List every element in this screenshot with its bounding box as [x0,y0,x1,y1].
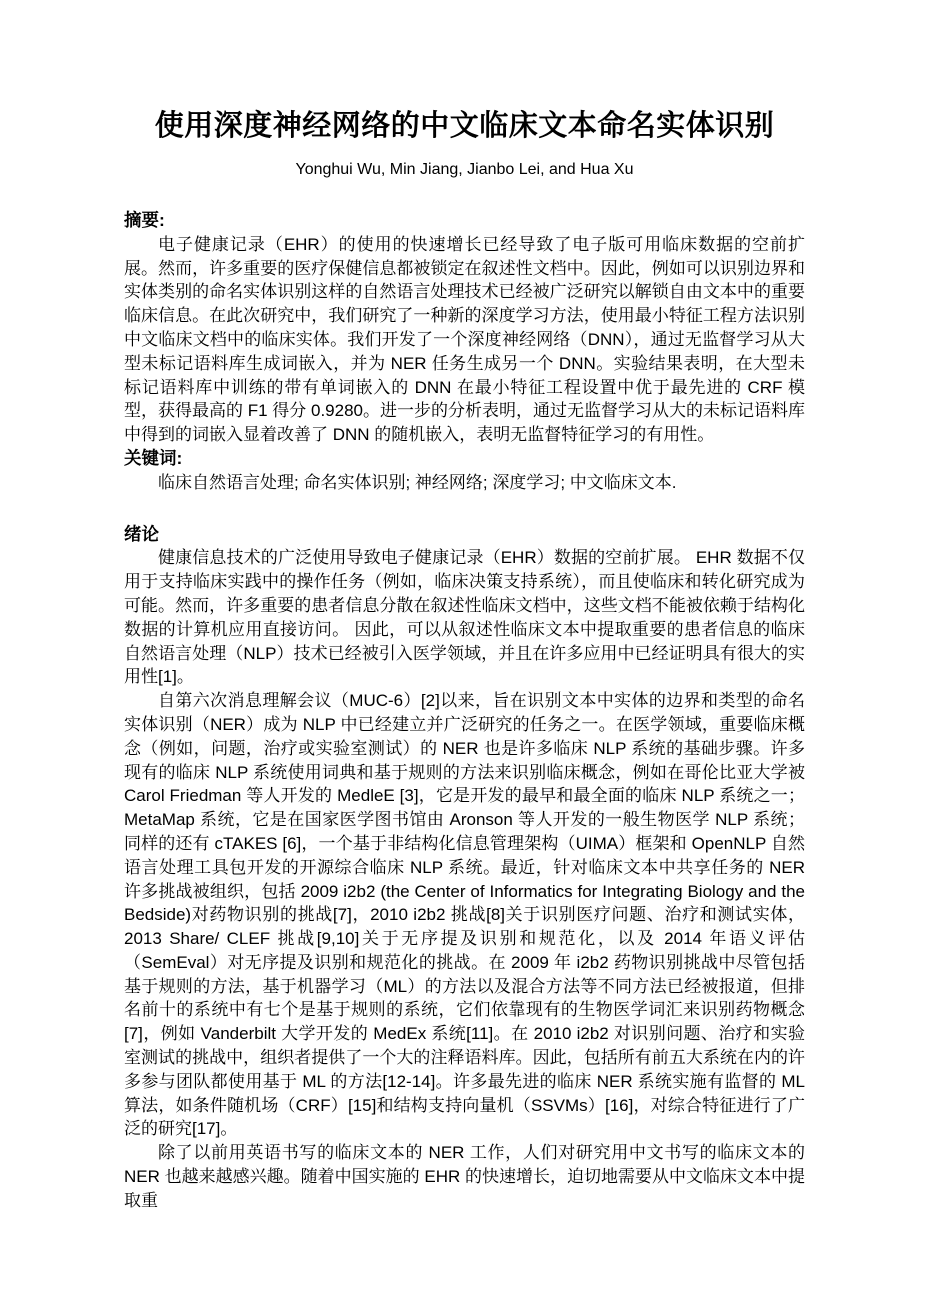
paper-title: 使用深度神经网络的中文临床文本命名实体识别 [124,106,805,147]
abstract-body: 电子健康记录（EHR）的使用的快速增长已经导致了电子版可用临床数据的空前扩展。然… [124,233,805,447]
introduction-heading: 绪论 [124,523,805,547]
keywords-section: 关键词: 临床自然语言处理; 命名实体识别; 神经网络; 深度学习; 中文临床文… [124,447,805,495]
paper-page: 使用深度神经网络的中文临床文本命名实体识别 Yonghui Wu, Min Ji… [0,0,926,1309]
introduction-paragraph-3: 除了以前用英语书写的临床文本的 NER 工作，人们对研究用中文书写的临床文本的 … [124,1141,805,1212]
abstract-heading: 摘要: [124,209,805,233]
section-divider-space [124,495,805,523]
keywords-body: 临床自然语言处理; 命名实体识别; 神经网络; 深度学习; 中文临床文本. [124,471,805,495]
paper-authors: Yonghui Wu, Min Jiang, Jianbo Lei, and H… [124,159,805,181]
introduction-paragraph-1: 健康信息技术的广泛使用导致电子健康记录（EHR）数据的空前扩展。 EHR 数据不… [124,546,805,689]
abstract-section: 摘要: 电子健康记录（EHR）的使用的快速增长已经导致了电子版可用临床数据的空前… [124,209,805,447]
introduction-section: 绪论 健康信息技术的广泛使用导致电子健康记录（EHR）数据的空前扩展。 EHR … [124,523,805,1213]
keywords-heading: 关键词: [124,447,805,471]
introduction-paragraph-2: 自第六次消息理解会议（MUC-6）[2]以来，旨在识别文本中实体的边界和类型的命… [124,689,805,1141]
